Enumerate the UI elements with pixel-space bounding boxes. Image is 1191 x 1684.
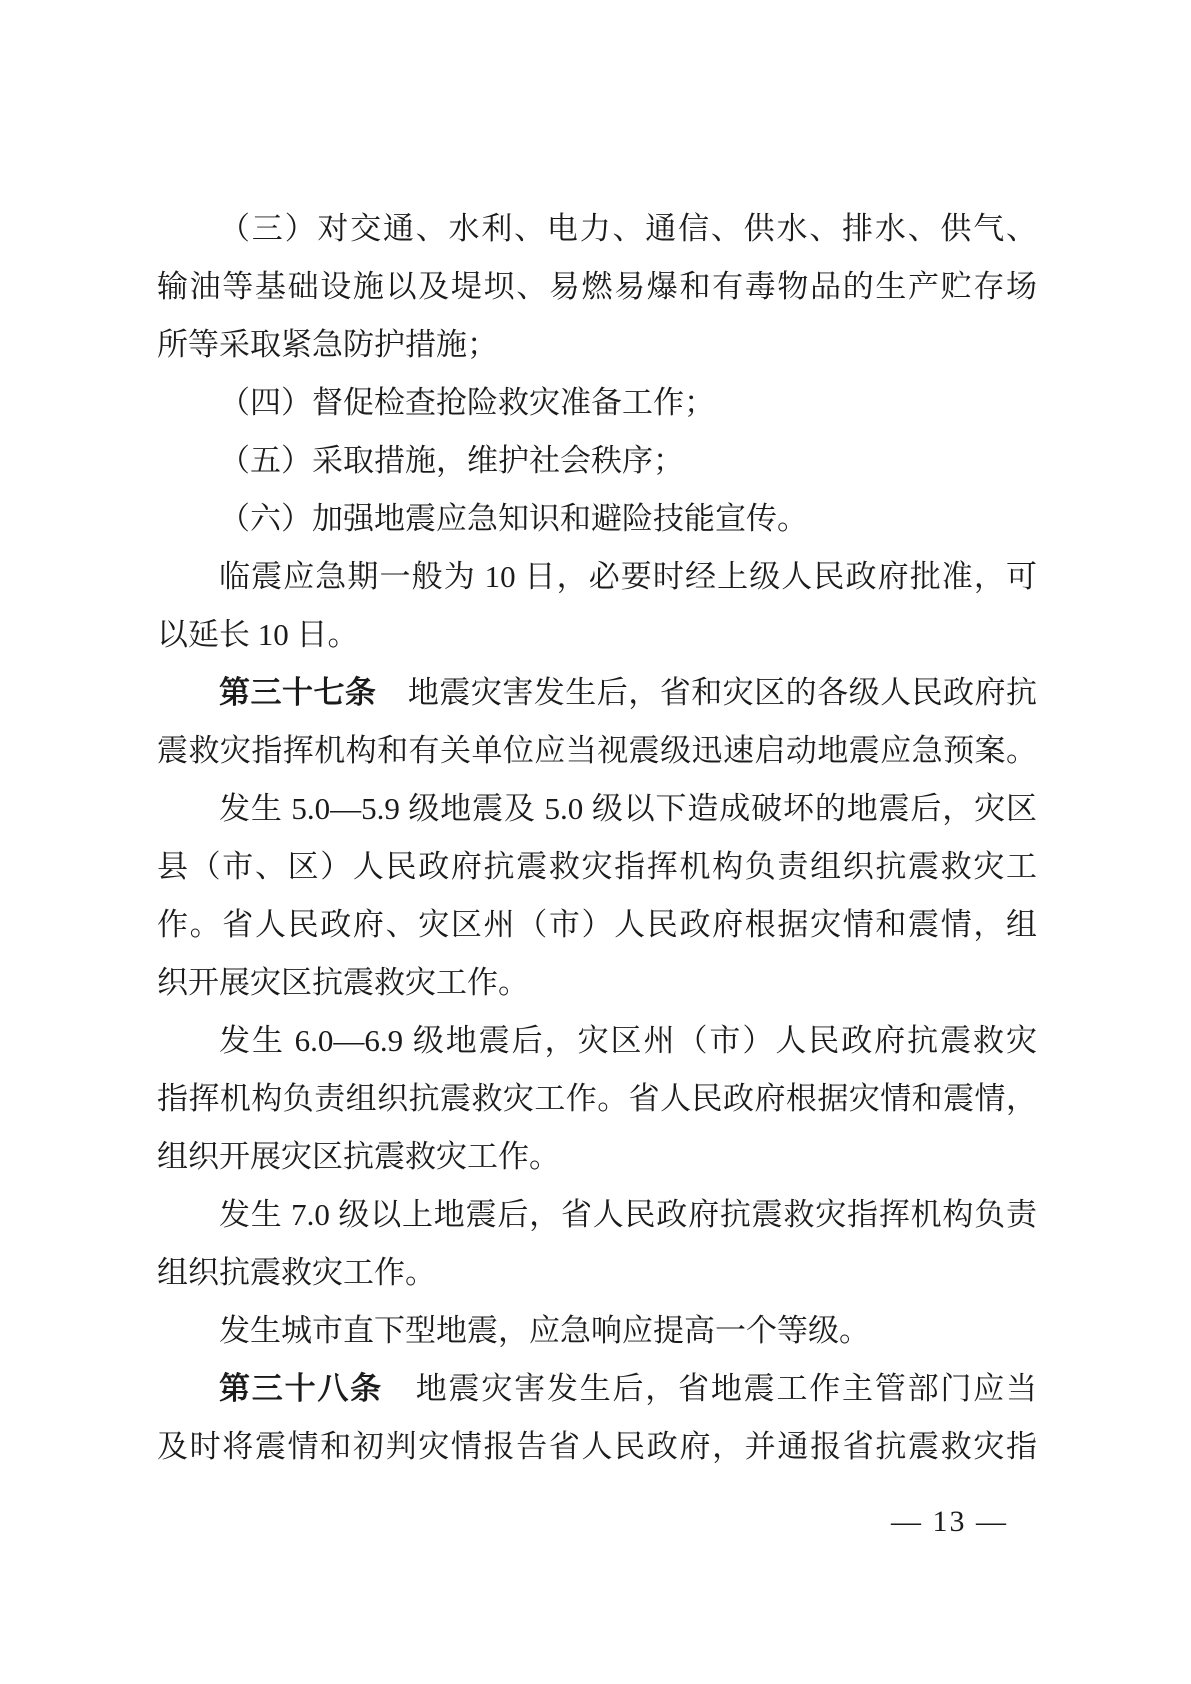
- text-segment: 地震灾害发生后，省地震工作主管部门应当: [383, 1371, 1037, 1406]
- text-line: 指挥机构负责组织抗震救灾工作。省人民政府根据灾情和震情，: [157, 1070, 1037, 1128]
- text-line: 发生 6.0—6.9 级地震后，灾区州（市）人民政府抗震救灾: [157, 1012, 1037, 1070]
- document-body: （三）对交通、水利、电力、通信、供水、排水、供气、输油等基础设施以及堤坝、易燃易…: [157, 200, 1037, 1476]
- paragraph-emergency-period: 临震应急期一般为 10 日，必要时经上级人民政府批准，可以延长 10 日。: [157, 548, 1037, 664]
- text-segment: 及时将震情和初判灾情报告省人民政府，并通报省抗震救灾指: [157, 1429, 1037, 1464]
- text-line: 发生 5.0—5.9 级地震及 5.0 级以下造成破坏的地震后，灾区: [157, 780, 1037, 838]
- text-segment: 发生 7.0 级以上地震后，省人民政府抗震救灾指挥机构负责: [219, 1197, 1037, 1232]
- paragraph-magnitude-7: 发生 7.0 级以上地震后，省人民政府抗震救灾指挥机构负责组织抗震救灾工作。: [157, 1186, 1037, 1302]
- clause-item-4: （四）督促检查抢险救灾准备工作；: [157, 374, 1037, 432]
- text-segment: 作。省人民政府、灾区州（市）人民政府根据灾情和震情，组: [157, 907, 1037, 942]
- text-line: 发生 7.0 级以上地震后，省人民政府抗震救灾指挥机构负责: [157, 1186, 1037, 1244]
- text-line: 组织开展灾区抗震救灾工作。: [157, 1128, 1037, 1186]
- text-segment: 以延长 10 日。: [157, 617, 359, 652]
- text-line: 及时将震情和初判灾情报告省人民政府，并通报省抗震救灾指: [157, 1418, 1037, 1476]
- text-line: （三）对交通、水利、电力、通信、供水、排水、供气、: [157, 200, 1037, 258]
- text-line: 组织抗震救灾工作。: [157, 1244, 1037, 1302]
- paragraph-magnitude-6: 发生 6.0—6.9 级地震后，灾区州（市）人民政府抗震救灾指挥机构负责组织抗震…: [157, 1012, 1037, 1186]
- text-segment: 组织抗震救灾工作。: [157, 1255, 436, 1290]
- text-segment: （四）督促检查抢险救灾准备工作；: [219, 385, 715, 420]
- article-number-heading: 第三十七条: [219, 675, 376, 710]
- article-37: 第三十七条 地震灾害发生后，省和灾区的各级人民政府抗震救灾指挥机构和有关单位应当…: [157, 664, 1037, 780]
- text-line: 第三十八条 地震灾害发生后，省地震工作主管部门应当: [157, 1360, 1037, 1418]
- text-segment: 地震灾害发生后，省和灾区的各级人民政府抗: [376, 675, 1037, 710]
- text-segment: 震救灾指挥机构和有关单位应当视震级迅速启动地震应急预案。: [157, 733, 1037, 768]
- paragraph-direct-under-city: 发生城市直下型地震，应急响应提高一个等级。: [157, 1302, 1037, 1360]
- text-segment: （六）加强地震应急知识和避险技能宣传。: [219, 501, 808, 536]
- text-line: 第三十七条 地震灾害发生后，省和灾区的各级人民政府抗: [157, 664, 1037, 722]
- text-line: （六）加强地震应急知识和避险技能宣传。: [157, 490, 1037, 548]
- clause-item-6: （六）加强地震应急知识和避险技能宣传。: [157, 490, 1037, 548]
- text-segment: （五）采取措施，维护社会秩序；: [219, 443, 684, 478]
- paragraph-magnitude-5: 发生 5.0—5.9 级地震及 5.0 级以下造成破坏的地震后，灾区县（市、区）…: [157, 780, 1037, 1012]
- text-line: 临震应急期一般为 10 日，必要时经上级人民政府批准，可: [157, 548, 1037, 606]
- clause-item-3: （三）对交通、水利、电力、通信、供水、排水、供气、输油等基础设施以及堤坝、易燃易…: [157, 200, 1037, 374]
- text-line: 县（市、区）人民政府抗震救灾指挥机构负责组织抗震救灾工: [157, 838, 1037, 896]
- text-line: 以延长 10 日。: [157, 606, 1037, 664]
- text-line: 织开展灾区抗震救灾工作。: [157, 954, 1037, 1012]
- text-segment: （三）对交通、水利、电力、通信、供水、排水、供气、: [219, 211, 1037, 246]
- text-line: 发生城市直下型地震，应急响应提高一个等级。: [157, 1302, 1037, 1360]
- text-segment: 所等采取紧急防护措施；: [157, 327, 498, 362]
- text-line: 所等采取紧急防护措施；: [157, 316, 1037, 374]
- text-segment: 输油等基础设施以及堤坝、易燃易爆和有毒物品的生产贮存场: [157, 269, 1037, 304]
- clause-item-5: （五）采取措施，维护社会秩序；: [157, 432, 1037, 490]
- text-segment: 织开展灾区抗震救灾工作。: [157, 965, 529, 1000]
- text-line: 震救灾指挥机构和有关单位应当视震级迅速启动地震应急预案。: [157, 722, 1037, 780]
- text-segment: 指挥机构负责组织抗震救灾工作。省人民政府根据灾情和震情，: [157, 1081, 1037, 1116]
- text-segment: 发生 5.0—5.9 级地震及 5.0 级以下造成破坏的地震后，灾区: [219, 791, 1037, 826]
- document-page: （三）对交通、水利、电力、通信、供水、排水、供气、输油等基础设施以及堤坝、易燃易…: [0, 0, 1191, 1684]
- article-38: 第三十八条 地震灾害发生后，省地震工作主管部门应当及时将震情和初判灾情报告省人民…: [157, 1360, 1037, 1476]
- text-segment: 县（市、区）人民政府抗震救灾指挥机构负责组织抗震救灾工: [157, 849, 1037, 884]
- text-line: 输油等基础设施以及堤坝、易燃易爆和有毒物品的生产贮存场: [157, 258, 1037, 316]
- text-segment: 临震应急期一般为 10 日，必要时经上级人民政府批准，可: [219, 559, 1037, 594]
- text-line: （四）督促检查抢险救灾准备工作；: [157, 374, 1037, 432]
- page-number: — 13 —: [891, 1502, 1008, 1542]
- text-line: 作。省人民政府、灾区州（市）人民政府根据灾情和震情，组: [157, 896, 1037, 954]
- text-segment: 发生 6.0—6.9 级地震后，灾区州（市）人民政府抗震救灾: [219, 1023, 1037, 1058]
- text-line: （五）采取措施，维护社会秩序；: [157, 432, 1037, 490]
- text-segment: 发生城市直下型地震，应急响应提高一个等级。: [219, 1313, 870, 1348]
- text-segment: 组织开展灾区抗震救灾工作。: [157, 1139, 560, 1174]
- article-number-heading: 第三十八条: [219, 1371, 383, 1406]
